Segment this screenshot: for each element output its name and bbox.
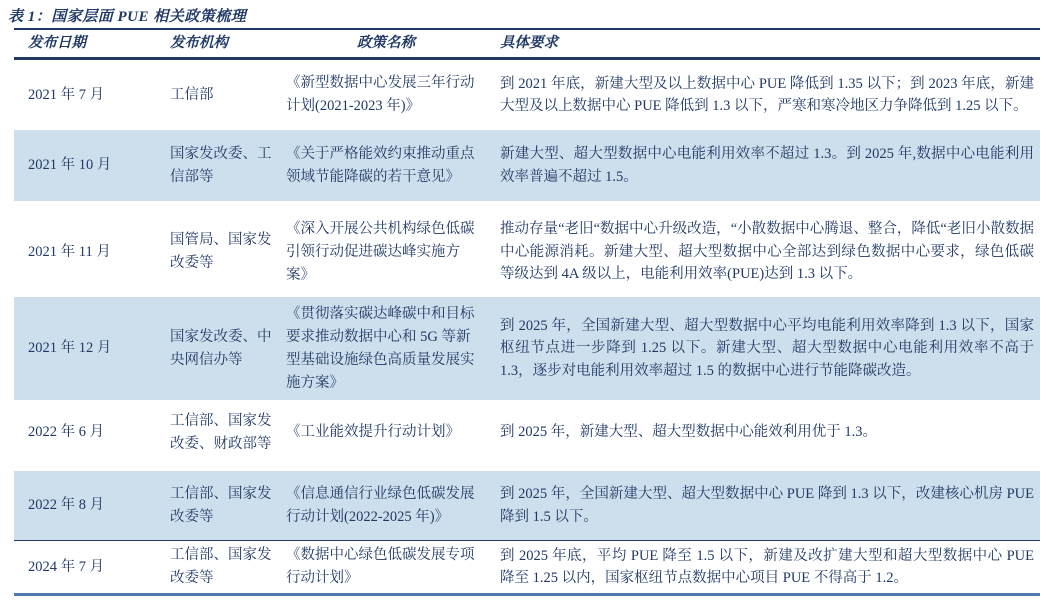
header-specific-requirements: 具体要求 [490,32,1040,55]
policy-name-cell: 《贯彻落实碳达峰碳中和目标要求推动数据中心和 5G 等新型基础设施绿色高质量发展… [282,303,490,395]
requirements-cell: 到 2025 年，新建大型、超大型数据中心能效利用优于 1.3。 [490,421,1040,444]
release-date-cell: 2021 年 7 月 [14,84,165,107]
requirements-cell: 推动存量“老旧“数据中心升级改造，“小散数据中心腾退、整合，降低“老旧小散数据中… [490,218,1040,286]
release-date-cell: 2022 年 6 月 [14,421,165,444]
requirements-cell: 到 2021 年底，新建大型及以上数据中心 PUE 降低到 1.35 以下；到 … [490,73,1040,118]
issuing-agency-cell: 国家发改委、工信部等 [165,143,282,189]
policy-name-cell: 《新型数据中心发展三年行动计划(2021-2023 年)》 [282,72,490,118]
issuing-agency-cell: 工信部 [165,84,282,107]
policy-table: 发布日期 发布机构 政策名称 具体要求 2021 年 7 月工信部《新型数据中心… [14,28,1040,596]
policy-name-cell: 《数据中心绿色低碳发展专项行动计划》 [282,544,490,590]
policy-name-cell: 《关于严格能效约束推动重点领域节能降碳的若干意见》 [282,143,490,189]
table-header-row: 发布日期 发布机构 政策名称 具体要求 [14,30,1040,60]
requirements-cell: 到 2025 年底，平均 PUE 降至 1.5 以下，新建及改扩建大型和超大型数… [490,545,1040,590]
release-date-cell: 2024 年 7 月 [14,556,165,579]
table-row: 2021 年 11 月国管局、国家发改委等《深入开展公共机构绿色低碳引领行动促进… [14,207,1040,297]
table-row: 2022 年 6 月工信部、国家发改委、财政部等《工业能效提升行动计划》到 20… [14,400,1040,465]
issuing-agency-cell: 工信部、国家发改委、财政部等 [165,410,282,456]
policy-name-cell: 《信息通信行业绿色低碳发展行动计划(2022-2025 年)》 [282,483,490,529]
report-table-page: 表 1：国家层面 PUE 相关政策梳理 发布日期 发布机构 政策名称 具体要求 … [0,0,1054,613]
release-date-cell: 2022 年 8 月 [14,494,165,517]
requirements-cell: 到 2025 年，全国新建大型、超大型数据中心平均电能利用效率降到 1.3 以下… [490,315,1040,383]
header-release-date: 发布日期 [14,32,165,55]
issuing-agency-cell: 国管局、国家发改委等 [165,229,282,275]
table-bottom-rule [14,593,1040,596]
requirements-cell: 到 2025 年，全国新建大型、超大型数据中心 PUE 降到 1.3 以下，改建… [490,483,1040,528]
table-body: 2021 年 7 月工信部《新型数据中心发展三年行动计划(2021-2023 年… [14,60,1040,593]
issuing-agency-cell: 工信部、国家发改委等 [165,483,282,529]
issuing-agency-cell: 国家发改委、中央网信办等 [165,326,282,372]
table-title: 表 1：国家层面 PUE 相关政策梳理 [8,5,246,26]
policy-name-cell: 《工业能效提升行动计划》 [282,421,490,444]
issuing-agency-cell: 工信部、国家发改委等 [165,544,282,590]
table-row: 2024 年 7 月工信部、国家发改委等《数据中心绿色低碳发展专项行动计划》到 … [14,540,1040,593]
release-date-cell: 2021 年 10 月 [14,154,165,177]
policy-name-cell: 《深入开展公共机构绿色低碳引领行动促进碳达峰实施方案》 [282,218,490,287]
header-issuing-agency: 发布机构 [165,32,282,55]
table-row: 2021 年 12 月国家发改委、中央网信办等《贯彻落实碳达峰碳中和目标要求推动… [14,297,1040,400]
release-date-cell: 2021 年 12 月 [14,337,165,360]
release-date-cell: 2021 年 11 月 [14,241,165,264]
table-row: 2021 年 7 月工信部《新型数据中心发展三年行动计划(2021-2023 年… [14,60,1040,130]
table-row: 2022 年 8 月工信部、国家发改委等《信息通信行业绿色低碳发展行动计划(20… [14,471,1040,540]
table-row: 2021 年 10 月国家发改委、工信部等《关于严格能效约束推动重点领域节能降碳… [14,130,1040,201]
requirements-cell: 新建大型、超大型数据中心电能利用效率不超过 1.3。到 2025 年,数据中心电… [490,143,1040,188]
header-policy-name: 政策名称 [282,32,490,55]
